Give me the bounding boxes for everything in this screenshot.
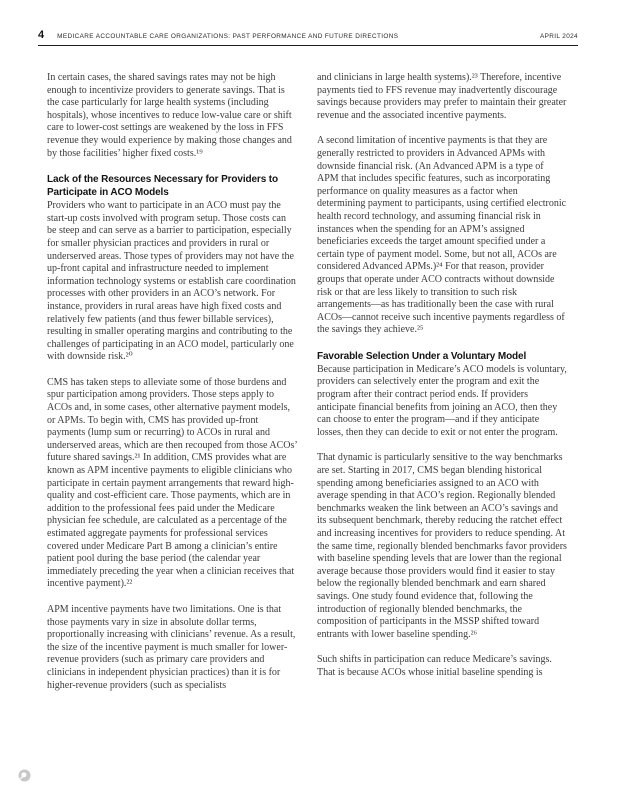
paragraph: CMS has taken steps to alleviate some of… (47, 377, 297, 591)
running-header-title: MEDICARE ACCOUNTABLE CARE ORGANIZATIONS:… (57, 34, 540, 40)
two-column-body: In certain cases, the shared savings rat… (47, 72, 567, 705)
paragraph: A second limitation of incentive payment… (317, 135, 567, 337)
right-column: and clinicians in large health systems).… (317, 72, 567, 705)
running-header: 4 MEDICARE ACCOUNTABLE CARE ORGANIZATION… (38, 30, 578, 46)
paragraph: In certain cases, the shared savings rat… (47, 72, 297, 160)
paragraph: and clinicians in large health systems).… (317, 72, 567, 122)
paragraph: Providers who want to participate in an … (47, 200, 297, 364)
page-number: 4 (38, 30, 44, 41)
left-column: In certain cases, the shared savings rat… (47, 72, 297, 705)
section-heading: Lack of the Resources Necessary for Prov… (47, 173, 297, 199)
paragraph: APM incentive payments have two limitati… (47, 604, 297, 692)
paragraph: That dynamic is particularly sensitive t… (317, 452, 567, 641)
paragraph: Because participation in Medicare’s ACO … (317, 364, 567, 440)
report-page: 4 MEDICARE ACCOUNTABLE CARE ORGANIZATION… (0, 0, 618, 800)
section-heading: Favorable Selection Under a Voluntary Mo… (317, 350, 567, 363)
running-header-date: APRIL 2024 (540, 34, 578, 40)
cbo-logo-icon (18, 769, 31, 782)
paragraph: Such shifts in participation can reduce … (317, 654, 567, 679)
